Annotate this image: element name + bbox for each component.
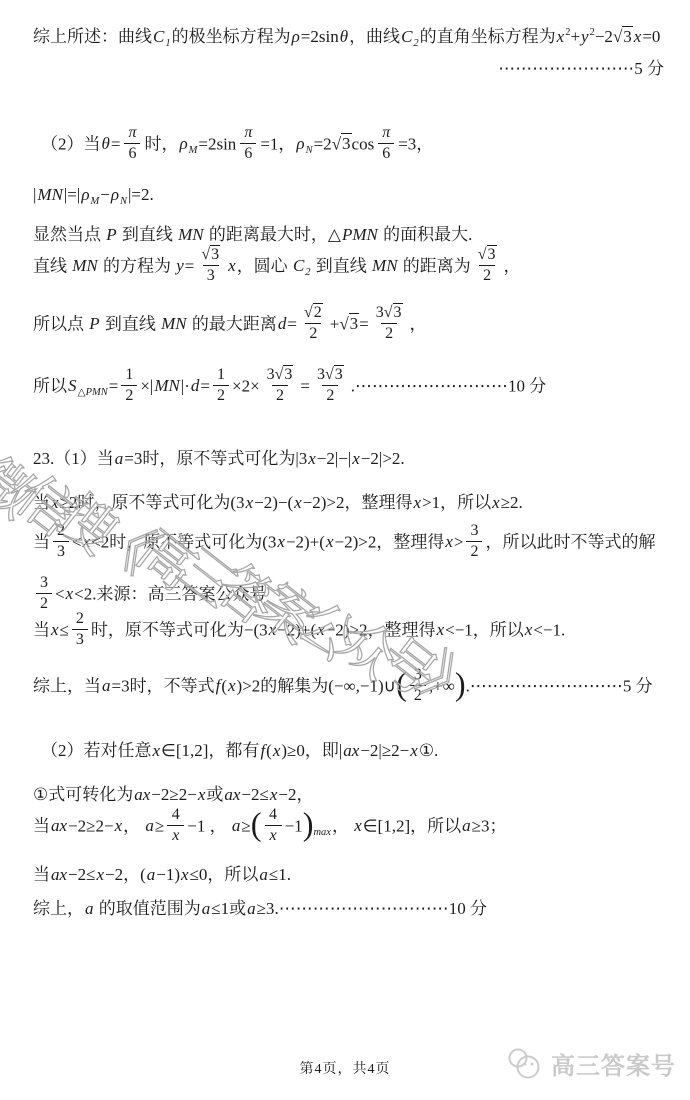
denominator: 2 xyxy=(322,385,338,405)
math-var: x xyxy=(409,741,419,760)
math-run: 2 xyxy=(470,543,478,560)
subscript: N xyxy=(120,196,128,207)
math-var: x xyxy=(227,676,237,695)
text-run: ， xyxy=(410,314,427,333)
math-var: ax xyxy=(223,785,241,804)
math-run: ≤1 xyxy=(269,865,287,884)
math-run: + xyxy=(570,27,580,46)
sqrt: √3 xyxy=(332,133,352,153)
fraction: 12 xyxy=(213,366,229,405)
big-paren: ) xyxy=(455,666,466,702)
math-run: ≥ xyxy=(155,816,164,835)
line-transform: ①式可转化为ax−2≥2−x或ax−2≤x−2， xyxy=(33,782,313,808)
math-var: MN xyxy=(371,256,399,275)
math-var: MN xyxy=(36,185,64,204)
math-var: ρ xyxy=(295,134,305,153)
page-number: 第4页，共4页 xyxy=(300,1062,391,1077)
denominator: 2 xyxy=(466,541,482,561)
math-var: x xyxy=(436,620,446,639)
math-var: MN xyxy=(177,225,205,244)
radicand: 3 xyxy=(210,245,220,263)
math-var: C xyxy=(400,27,413,46)
text-run: 的极坐标方程为 xyxy=(172,27,291,46)
math-run: =2sin xyxy=(301,27,339,46)
math-run: 6 xyxy=(128,145,136,162)
numerator: 3√3 xyxy=(313,366,348,385)
sqrt: √3 xyxy=(275,365,294,383)
math-run: 3 xyxy=(317,366,325,383)
line-23-1: 23.（1）当a=3时，原不等式可化为|3x−2|−|x−2|>2. xyxy=(33,446,405,472)
math-var: a xyxy=(461,816,472,835)
radicand: 3 xyxy=(341,133,352,153)
line-conclusion-21: 综上所述：曲线C1的极坐标方程为ρ=2sinθ，曲线C2的直角坐标方程为x2+y… xyxy=(33,20,660,57)
numerator: 2 xyxy=(72,610,88,629)
text-run: ，所以 xyxy=(473,620,524,639)
math-run: ,+∞ xyxy=(429,676,455,695)
line-case-middle: 当23<x<2时，原不等式可化为(3x−2)+(x−2)>2，整理得x>32，所… xyxy=(33,524,655,563)
text-run: ①. xyxy=(419,741,439,760)
math-run: 2 xyxy=(309,325,317,342)
radical-sign: √ xyxy=(613,27,622,46)
numerator: 2 xyxy=(53,522,69,541)
text-run: . xyxy=(400,449,404,468)
fraction: 12 xyxy=(121,366,137,405)
denominator: 6 xyxy=(124,143,140,163)
sqrt: √3 xyxy=(325,365,344,383)
big-paren: ( xyxy=(251,806,262,842)
math-var: x xyxy=(307,449,317,468)
math-run: −1 xyxy=(285,816,303,835)
math-run: > xyxy=(454,532,464,551)
math-var: x xyxy=(269,827,278,844)
radical-sign: √ xyxy=(339,314,348,333)
math-run: −1 xyxy=(187,816,205,835)
radicand: 3 xyxy=(283,365,293,383)
text-run: （2）若对任意 xyxy=(41,741,152,760)
math-var: d xyxy=(190,376,201,395)
math-run: <2 xyxy=(91,532,109,551)
math-run: <2 xyxy=(74,584,92,603)
math-run: −2)+( xyxy=(286,532,325,551)
numerator: 4 xyxy=(265,806,281,825)
radical-sign: √ xyxy=(304,304,313,321)
math-run: 2 xyxy=(40,595,48,612)
math-run: −2)>2 xyxy=(326,620,368,639)
text-run: . xyxy=(561,620,565,639)
denominator: 3 xyxy=(72,629,88,649)
text-run: . xyxy=(287,865,291,884)
math-run: −2≤ xyxy=(241,785,268,804)
fraction: 32 xyxy=(466,522,482,561)
text-run: （2）当 xyxy=(41,134,101,153)
math-run: = xyxy=(200,376,210,395)
radical-sign: √ xyxy=(332,134,341,153)
text-run: 综上， xyxy=(33,899,84,918)
text-run: 或 xyxy=(229,899,246,918)
text-run: ， xyxy=(296,785,313,804)
math-run: −2≥2− xyxy=(68,816,114,835)
math-run: ×| xyxy=(140,376,153,395)
math-var: a xyxy=(258,865,269,884)
math-var: a xyxy=(231,816,242,835)
text-run: 当 xyxy=(33,865,50,884)
text-run: . xyxy=(150,185,154,204)
math-var: x xyxy=(65,584,75,603)
math-run: 3 xyxy=(267,366,275,383)
line-case-x-le: 当x≤23时，原不等式可化为−(3x−2)+(x−2)>2，整理得x<−1，所以… xyxy=(33,612,565,651)
math-run: −1) xyxy=(156,865,180,884)
text-run: ，所以 xyxy=(440,493,491,512)
text-run: 的距离最大时，△ xyxy=(205,225,341,244)
math-run: 2 xyxy=(326,387,334,404)
text-run: 综上所述：曲线 xyxy=(33,27,152,46)
math-run: = xyxy=(185,256,195,275)
denominator: x xyxy=(265,825,282,845)
math-var: x xyxy=(95,865,105,884)
numerator: π xyxy=(123,124,141,143)
fraction: 3√32 xyxy=(263,366,298,405)
text-run: 的直角坐标方程为 xyxy=(420,27,556,46)
fraction: 3√32 xyxy=(313,366,348,405)
math-run: (−∞,−1)∪ xyxy=(328,676,396,695)
numerator: √3 xyxy=(474,246,501,265)
line-case-a-ge: 当ax−2≥2−x， a≥4x−1 ， a≥(4x−1)max， x∈[1,2]… xyxy=(33,808,506,847)
big-paren: ) xyxy=(303,806,314,842)
radical-sign: √ xyxy=(325,366,334,383)
text-run: ，都有 xyxy=(208,741,259,760)
math-var: π xyxy=(381,124,391,141)
math-run: −2|>2 xyxy=(361,449,401,468)
text-run: 到直线 xyxy=(118,225,178,244)
math-run: ≥2 xyxy=(60,493,78,512)
numerator: 3 xyxy=(36,574,52,593)
math-run: |3 xyxy=(295,449,307,468)
math-run: 4 xyxy=(269,806,277,823)
line-case-a-le: 当ax−2≤x−2，(a−1)x≤0，所以a≤1. xyxy=(33,862,291,888)
text-run: ，整理得 xyxy=(376,532,444,551)
fraction: √32 xyxy=(474,246,501,285)
math-var: ρ xyxy=(291,27,301,46)
math-run: ≤ xyxy=(60,620,69,639)
math-var: x xyxy=(180,865,190,884)
line-part2-theta: （2）当θ=π6时，ρM=2sinπ6=1，ρN=2√3cosπ6=3， xyxy=(41,126,433,165)
math-run: ≤0 xyxy=(190,865,208,884)
math-var: a xyxy=(201,899,212,918)
math-var: x xyxy=(316,620,326,639)
denominator: 6 xyxy=(378,143,394,163)
math-var: ρ xyxy=(110,185,120,204)
sqrt: √3 xyxy=(201,245,220,263)
math-run: + xyxy=(330,314,340,333)
denominator: 3 xyxy=(53,541,69,561)
text-run: 时，原不等式可化为 xyxy=(91,620,244,639)
math-var: C xyxy=(152,27,165,46)
math-run: ( xyxy=(266,741,272,760)
math-run: ≥3 xyxy=(257,899,275,918)
line-mn-equation: 直线 MN 的方程为 y=√33x，圆心 C2 到直线 MN 的距离为√32， xyxy=(33,248,521,287)
math-var: ρ xyxy=(178,134,188,153)
text-run: . xyxy=(519,493,523,512)
text-run: 的最大距离 xyxy=(188,314,277,333)
radical-sign: √ xyxy=(201,246,210,263)
math-run: )≥0 xyxy=(281,741,305,760)
math-var: ρ xyxy=(80,185,90,204)
math-run: −2)+( xyxy=(277,620,316,639)
math-run: = xyxy=(111,134,121,153)
denominator: 2 xyxy=(272,385,288,405)
line-score-5a: ⋯⋯⋯⋯⋯⋯⋯⋯5 分 xyxy=(33,56,664,82)
fraction: π6 xyxy=(377,124,395,163)
math-run: 2 xyxy=(276,387,284,404)
text-run: 时，不等式 xyxy=(130,676,215,695)
math-var: x xyxy=(50,620,60,639)
math-var: x xyxy=(524,620,534,639)
math-run: 2 xyxy=(483,267,491,284)
denominator: 6 xyxy=(240,143,256,163)
math-var: ax xyxy=(133,785,151,804)
text-run: 的取值范围为 xyxy=(95,899,201,918)
text-run: ， xyxy=(416,134,433,153)
sqrt: √3 xyxy=(613,26,633,46)
math-var: C xyxy=(292,256,305,275)
text-run: 到直线 xyxy=(312,256,372,275)
text-run: ， xyxy=(504,256,521,275)
text-run: ， xyxy=(278,134,295,153)
math-run: 2 xyxy=(217,387,225,404)
radicand: 3 xyxy=(393,303,403,321)
text-run: 当 xyxy=(33,493,50,512)
text-run: ⋯⋯⋯⋯⋯⋯⋯⋯5 分 xyxy=(498,59,664,78)
sqrt: √3 xyxy=(339,313,359,333)
math-run: ≤1 xyxy=(211,899,229,918)
math-run: 2 xyxy=(76,610,84,627)
text-run: .来源：高三答案公众号 xyxy=(92,584,266,603)
math-var: P xyxy=(105,225,117,244)
line-solution-middle: 32<x<2.来源：高三答案公众号 xyxy=(33,576,266,615)
math-run: (3 xyxy=(262,532,276,551)
numerator: 3√3 xyxy=(372,304,407,323)
math-run: =2 xyxy=(314,134,332,153)
brand-badge: 高三答案号 xyxy=(505,1046,676,1081)
math-run: = xyxy=(359,314,369,333)
text-run: ， xyxy=(123,865,140,884)
math-run: |=| xyxy=(64,185,80,204)
math-run: 2 xyxy=(57,522,65,539)
line-solution-set: 综上，当a=3时，不等式f(x)>2的解集为(−∞,−1)∪(32,+∞).⋯⋯… xyxy=(33,668,653,707)
text-run: ，圆心 xyxy=(237,256,292,275)
math-var: x xyxy=(227,256,237,275)
gzh-logo-icon xyxy=(505,1047,545,1081)
line-max-distance: 所以点 P 到直线 MN 的最大距离d=√22+√3=3√32， xyxy=(33,306,427,345)
math-run: =0 xyxy=(642,27,660,46)
math-run: ( xyxy=(140,865,146,884)
math-run: − xyxy=(100,185,110,204)
math-run: (3 xyxy=(230,493,244,512)
math-var: x xyxy=(413,493,423,512)
math-var: x xyxy=(268,620,278,639)
math-run: −2 xyxy=(278,785,296,804)
text-run: 时，原不等式可化为 xyxy=(109,532,262,551)
math-run: = xyxy=(287,314,297,333)
math-run: 4 xyxy=(172,806,180,823)
line-mn-length: |MN|=|ρM−ρN|=2. xyxy=(33,182,154,215)
text-run: 到直线 xyxy=(101,314,161,333)
numerator: 3 xyxy=(466,522,482,541)
text-run: ，整理得 xyxy=(368,620,436,639)
math-var: π xyxy=(243,124,253,141)
denominator: 2 xyxy=(305,323,321,343)
math-var: ax xyxy=(50,816,68,835)
fraction: 32 xyxy=(36,574,52,613)
math-run: >1 xyxy=(422,493,440,512)
text-run: 综上，当 xyxy=(33,676,101,695)
math-run: = xyxy=(300,376,310,395)
math-var: S xyxy=(67,376,78,395)
radicand: 3 xyxy=(487,245,497,263)
text-run: ，所以 xyxy=(207,865,258,884)
math-run: 6 xyxy=(382,145,390,162)
fraction: π6 xyxy=(239,124,257,163)
radical-sign: √ xyxy=(478,246,487,263)
denominator: 2 xyxy=(36,593,52,613)
radical-sign: √ xyxy=(384,304,393,321)
fraction: √33 xyxy=(197,246,224,285)
numerator: π xyxy=(239,124,257,143)
math-run: 3 xyxy=(76,631,84,648)
math-var: a xyxy=(144,816,155,835)
content: 综上所述：曲线C1的极坐标方程为ρ=2sinθ，曲线C2的直角坐标方程为x2+y… xyxy=(33,0,664,1000)
math-run: )>2 xyxy=(237,676,261,695)
numerator: 3 xyxy=(410,666,426,685)
fraction: √22 xyxy=(300,304,327,343)
denominator: x xyxy=(167,825,184,845)
text-run: 或 xyxy=(206,785,223,804)
numerator: 4 xyxy=(168,806,184,825)
math-run: ≥3 xyxy=(472,816,490,835)
text-run: 时，原不等式可化为 xyxy=(77,493,230,512)
radicand: 3 xyxy=(334,365,344,383)
fraction: 23 xyxy=(72,610,88,649)
math-var: x xyxy=(114,816,124,835)
brand-name: 高三答案号 xyxy=(551,1046,676,1081)
math-run: −2|≥2− xyxy=(360,741,409,760)
text-run: ①式可转化为 xyxy=(33,785,133,804)
math-run: =3 xyxy=(112,676,130,695)
text-run: 时，原不等式可化为 xyxy=(142,449,295,468)
numerator: √2 xyxy=(300,304,327,323)
math-run: <−1 xyxy=(533,620,561,639)
sqrt: √3 xyxy=(384,303,403,321)
math-run: ×2× xyxy=(232,376,260,395)
denominator: 2 xyxy=(121,385,137,405)
math-run: 3 xyxy=(207,267,215,284)
text-run: ， xyxy=(123,816,144,835)
math-var: x xyxy=(197,785,207,804)
math-var: PMN xyxy=(341,225,379,244)
math-run: −2)>2 xyxy=(334,532,376,551)
math-var: y xyxy=(580,27,590,46)
subscript: M xyxy=(90,196,100,207)
math-var: MN xyxy=(160,314,188,333)
math-run: ∈[1,2] xyxy=(161,741,208,760)
math-var: MN xyxy=(71,256,99,275)
text-run: ，所以此时不等式的解 xyxy=(485,532,655,551)
math-run: 1 xyxy=(217,366,225,383)
math-var: x xyxy=(633,27,643,46)
math-var: x xyxy=(351,449,361,468)
math-var: x xyxy=(171,827,180,844)
line-part2-condition: （2）若对任意x∈[1,2]，都有f(x)≥0，即|ax−2|≥2−x①. xyxy=(41,738,438,764)
text-run: ，曲线 xyxy=(349,27,400,46)
fraction: π6 xyxy=(123,124,141,163)
math-run: ∈[1,2] xyxy=(363,816,410,835)
numerator: π xyxy=(377,124,395,143)
math-var: x xyxy=(353,816,363,835)
math-run: =1 xyxy=(260,134,278,153)
math-run: −2 xyxy=(105,865,123,884)
math-run: <−1 xyxy=(445,620,473,639)
math-run: 6 xyxy=(244,145,252,162)
text-run: 所以点 xyxy=(33,314,88,333)
math-run: < xyxy=(55,584,65,603)
math-run: 3 xyxy=(470,522,478,539)
text-run: 显然当点 xyxy=(33,225,105,244)
subscript: △PMN xyxy=(78,387,109,398)
text-run: 所以 xyxy=(33,376,67,395)
text-run: 的方程为 xyxy=(99,256,176,275)
math-var: MN xyxy=(153,376,181,395)
math-var: x xyxy=(269,785,279,804)
denominator: 3 xyxy=(203,265,219,285)
line-case-x-ge-2: 当x≥2时，原不等式可化为(3x−2)−(x−2)>2，整理得x>1，所以x≥2… xyxy=(33,490,523,516)
subscript: M xyxy=(189,145,199,156)
math-run: |· xyxy=(181,376,190,395)
math-var: d xyxy=(277,314,288,333)
text-run: 的解集为 xyxy=(260,676,328,695)
math-var: a xyxy=(146,865,157,884)
math-var: x xyxy=(245,493,255,512)
line-obvious-max: 显然当点 P 到直线 MN 的距离最大时，△PMN 的面积最大. xyxy=(33,222,472,248)
denominator: 2 xyxy=(381,323,397,343)
text-run: ⋯⋯⋯⋯⋯⋯⋯⋯⋯10 分 xyxy=(355,376,546,395)
math-run: ≥2 xyxy=(501,493,519,512)
math-run: 2 xyxy=(385,325,393,342)
math-run: −2)>2 xyxy=(303,493,345,512)
math-var: a xyxy=(101,676,112,695)
math-var: x xyxy=(272,741,282,760)
text-run: ⋯⋯⋯⋯⋯⋯⋯⋯⋯⋯10 分 xyxy=(279,899,487,918)
text-run: ， xyxy=(332,816,353,835)
math-var: θ xyxy=(101,134,111,153)
text-run: ，整理得 xyxy=(345,493,413,512)
math-var: y xyxy=(175,256,185,275)
radicand: 3 xyxy=(622,26,633,46)
math-run: −2 xyxy=(595,27,613,46)
numerator: √3 xyxy=(197,246,224,265)
math-run: 3 xyxy=(376,304,384,321)
text-run: 的面积最大. xyxy=(379,225,473,244)
math-var: x xyxy=(50,493,60,512)
text-run: ， xyxy=(205,816,231,835)
math-var: π xyxy=(127,124,137,141)
math-run: = xyxy=(109,376,119,395)
math-var: x xyxy=(152,741,162,760)
math-var: a xyxy=(246,899,257,918)
text-run: 直线 xyxy=(33,256,71,275)
math-run: |=2 xyxy=(128,185,150,204)
math-var: P xyxy=(88,314,100,333)
text-run: ，即 xyxy=(305,741,339,760)
